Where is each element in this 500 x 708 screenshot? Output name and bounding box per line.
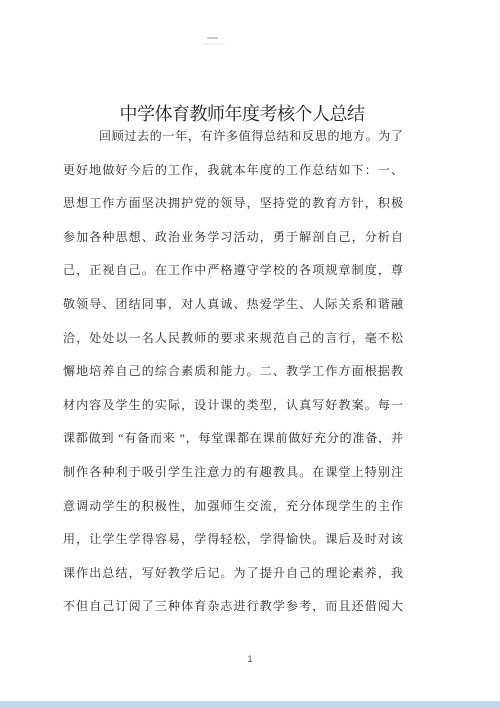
body-line-12: 意调动学生的积极性，加强师生交流，充分体现学生的主作 bbox=[63, 490, 403, 524]
bottom-edge-bar bbox=[0, 701, 500, 708]
body-line-14: 课作出总结，写好教学后记。为了提升自己的理论素养，我 bbox=[63, 557, 403, 591]
body-line-5: 己，正视自己。在工作中严格遵守学校的各项规章制度，尊 bbox=[63, 254, 403, 288]
header-smudge-dots bbox=[203, 43, 225, 45]
body-line-7: 洽，处处以一名人民教师的要求来规范自己的言行，毫不松 bbox=[63, 322, 403, 356]
body-line-15: 不但自己订阅了三种体育杂志进行教学参考，而且还借阅大 bbox=[63, 590, 403, 624]
body-line-13: 用，让学生学得容易，学得轻松，学得愉快。课后及时对该 bbox=[63, 523, 403, 557]
body-line-6: 敬领导、团结同事，对人真诚、热爱学生、人际关系和谐融 bbox=[63, 288, 403, 322]
body-line-9: 材内容及学生的实际，设计课的类型，认真写好教案。每一 bbox=[63, 389, 403, 423]
document-page: 中学体育教师年度考核个人总结 回顾过去的一年，有许多值得总结和反思的地方。为了 … bbox=[0, 0, 500, 708]
body-line-4: 参加各种思想、政治业务学习活动，勇于解剖自己，分析自 bbox=[63, 221, 403, 255]
page-number: 1 bbox=[0, 654, 500, 664]
body-line-2: 更好地做好今后的工作，我就本年度的工作总结如下：一、 bbox=[63, 154, 403, 188]
body-line-1: 回顾过去的一年，有许多值得总结和反思的地方。为了 bbox=[63, 120, 403, 154]
body-line-10: 课都做到 “有备而来 ”，每堂课都在课前做好充分的准备，并 bbox=[63, 422, 403, 456]
body-line-3: 思想工作方面坚决拥护党的领导，坚持党的教育方针，积极 bbox=[63, 187, 403, 221]
body-line-11: 制作各种利于吸引学生注意力的有趣教具。在课堂上特别注 bbox=[63, 456, 403, 490]
document-body: 回顾过去的一年，有许多值得总结和反思的地方。为了 更好地做好今后的工作，我就本年… bbox=[63, 120, 403, 624]
body-line-8: 懈地培养自己的综合素质和能力。二、教学工作方面根据教 bbox=[63, 355, 403, 389]
header-smudge-mark bbox=[207, 37, 218, 39]
